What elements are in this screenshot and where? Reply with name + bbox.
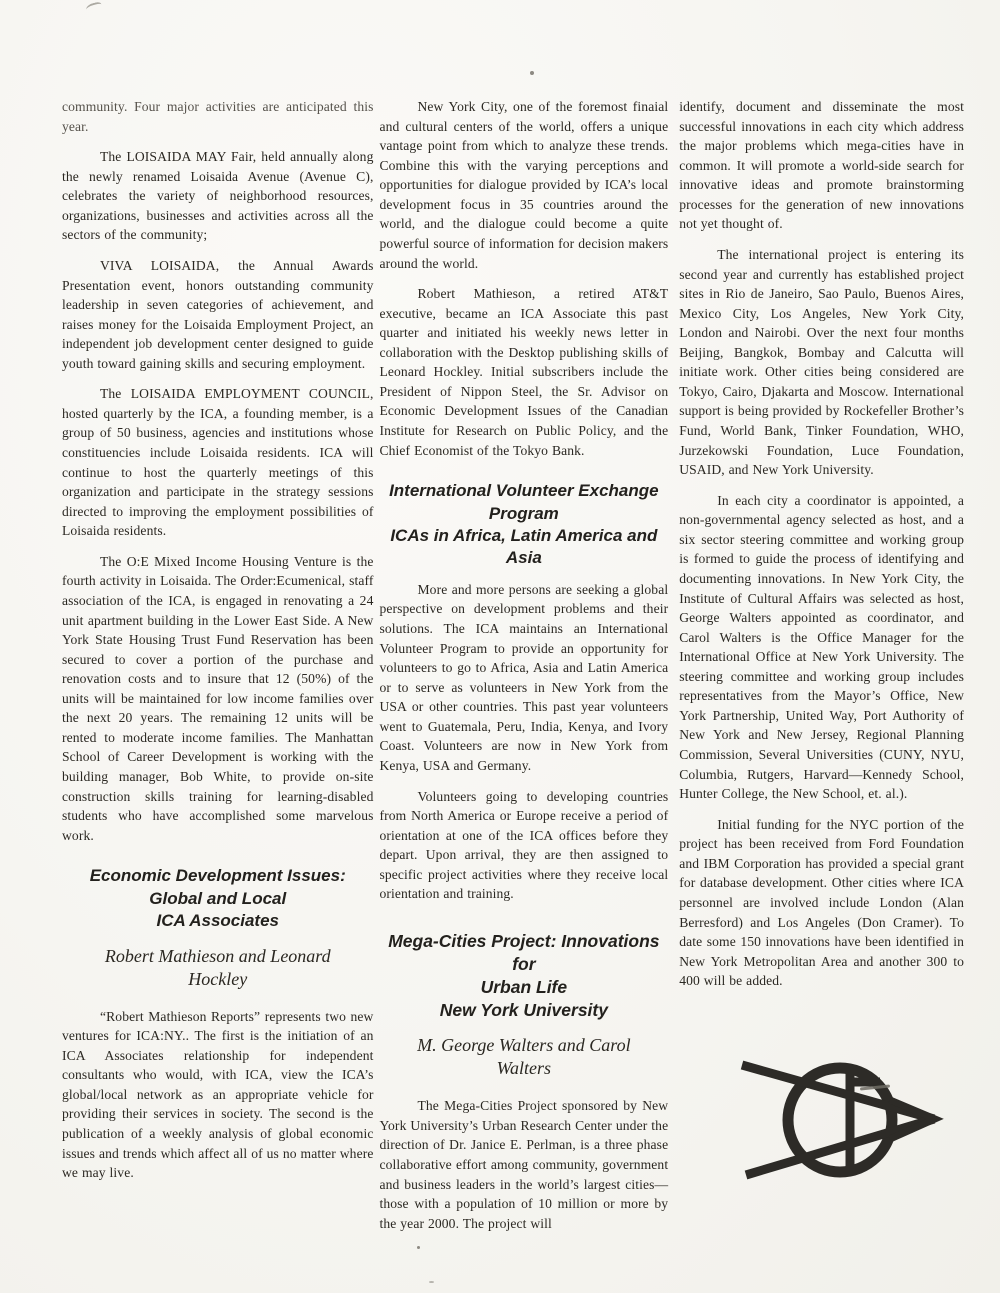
heading-line: Asia (385, 547, 662, 569)
byline-line: Walters (379, 1057, 668, 1080)
scan-artifact (530, 71, 534, 75)
column-3: identify, document and disseminate the m… (679, 97, 964, 1204)
paragraph: In each city a coordinator is appointed,… (679, 491, 964, 804)
byline-mathieson-hockley: Robert Mathieson and Leonard Hockley (62, 945, 373, 991)
paragraph: The LOISAIDA MAY Fair, held annually alo… (62, 147, 373, 245)
paragraph: “Robert Mathieson Reports” represents tw… (62, 1007, 373, 1183)
heading-line: Program (385, 503, 662, 525)
heading-line: Economic Development Issues: (68, 865, 367, 887)
heading-line: Urban Life (385, 976, 662, 999)
paragraph: The LOISAIDA EMPLOYMENT COUNCIL, hosted … (62, 384, 373, 541)
paragraph: Robert Mathieson, a retired AT&T executi… (379, 284, 668, 460)
heading-line: Mega-Cities Project: Innovations for (385, 930, 662, 976)
column-2: New York City, one of the foremost finai… (379, 97, 668, 1244)
scan-artifact (429, 1281, 434, 1283)
paragraph: The international project is entering it… (679, 245, 964, 480)
column-1: community. Four major activities are ant… (62, 97, 373, 1194)
heading-line: New York University (385, 999, 662, 1022)
paragraph: The O:E Mixed Income Housing Venture is … (62, 552, 373, 845)
ica-circle-arrow-logo-graphic (738, 1039, 950, 1199)
heading-line: ICAs in Africa, Latin America and (385, 525, 662, 547)
paragraph: VIVA LOISAIDA, the Annual Awards Present… (62, 256, 373, 373)
byline-line: Hockley (62, 968, 373, 991)
paragraph: More and more persons are seeking a glob… (379, 580, 668, 776)
paragraph: Initial funding for the NYC portion of t… (679, 815, 964, 991)
heading-line: ICA Associates (68, 910, 367, 932)
section-heading-volunteer-exchange: International Volunteer Exchange Program… (379, 480, 668, 570)
byline-line: Robert Mathieson and Leonard (62, 945, 373, 968)
byline-walters: M. George Walters and Carol Walters (379, 1034, 668, 1080)
scanned-newsletter-page: community. Four major activities are ant… (0, 0, 1000, 1293)
paragraph: Volunteers going to developing countries… (379, 787, 668, 904)
ica-logo (679, 1039, 964, 1204)
paragraph: community. Four major activities are ant… (62, 97, 373, 136)
section-heading-economic-development: Economic Development Issues: Global and … (62, 865, 373, 932)
scan-artifact (417, 1246, 420, 1249)
section-heading-mega-cities: Mega-Cities Project: Innovations for Urb… (379, 930, 668, 1022)
heading-line: Global and Local (68, 888, 367, 910)
paragraph: The Mega-Cities Project sponsored by New… (379, 1096, 668, 1233)
byline-line: M. George Walters and Carol (379, 1034, 668, 1057)
heading-line: International Volunteer Exchange (385, 480, 662, 502)
paragraph: New York City, one of the foremost finai… (379, 97, 668, 273)
paragraph: identify, document and disseminate the m… (679, 97, 964, 234)
